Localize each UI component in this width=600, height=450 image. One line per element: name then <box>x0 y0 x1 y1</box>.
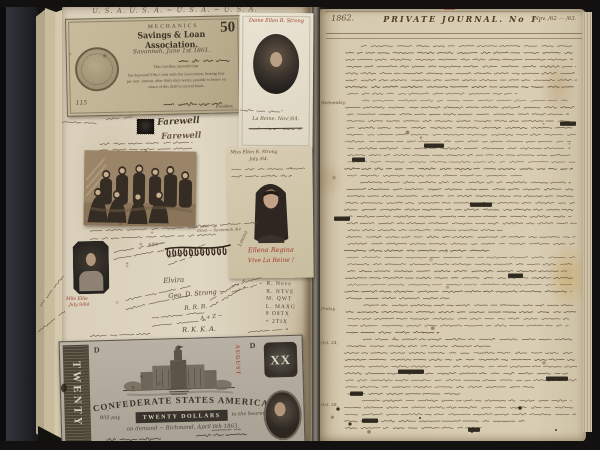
journal-title: PRIVATE JOURNAL. No 1. <box>378 14 548 24</box>
portrait-face <box>86 253 96 266</box>
certificate-dateline: Savannah, June 1st 1861. <box>113 46 231 55</box>
book-cover-left <box>0 0 38 450</box>
note-promise-right: to the bearer <box>232 411 265 418</box>
note-vertical-twenty: TWENTY <box>70 360 84 427</box>
group-photograph <box>83 150 196 227</box>
tintype-portrait-card: Dame Ellen R. Strong La Reine. Nov’/64. <box>239 13 314 150</box>
certificate-president: President. <box>216 103 234 108</box>
mechanics-scrip: MECHANICS Savings & Loan Association. 50… <box>65 15 243 117</box>
cipher-line: M. QWT <box>266 296 296 304</box>
farewell-inscription: Farewell <box>161 131 201 142</box>
portrait-dress <box>79 271 103 291</box>
confederate-twenty-dollar-note: TWENTY D D AUGUST XX CONFEDERATE ST <box>59 335 306 450</box>
cipher-line: 8 O8TX <box>266 311 296 319</box>
carte-red-caption: Ellena Regina <box>228 246 313 255</box>
journal-page-number: 383 <box>444 1 455 10</box>
note-portrait-face <box>274 402 285 416</box>
scrapbook-photo: U. S. A. U. S. A. ~ U. S. A. ~ U. S. A. … <box>0 0 600 450</box>
carte-de-visite: Miss Ellen R. Strong July /64. Ellena Re… <box>227 147 313 279</box>
note-left-panel: TWENTY <box>63 345 92 444</box>
certificate-denomination: 50 <box>220 19 235 36</box>
note-letter-d: D <box>250 341 256 350</box>
capitol-vignette <box>118 341 239 398</box>
small-tintype-portrait <box>73 241 110 295</box>
card-caption-red: Dame Ellen R. Strong <box>239 18 313 25</box>
note-promise-left: Will pay <box>100 415 121 422</box>
card-caption-bottom: La Reine. Nov’/64. <box>239 116 313 123</box>
note-red-overprint: AUGUST <box>234 344 241 375</box>
cipher-line: + 2TIX <box>265 318 295 326</box>
carte-caption: July /64. <box>249 156 328 162</box>
note-xx-counter: XX <box>264 342 298 378</box>
torn-page-edge <box>44 8 57 442</box>
certificate-body-line: return of this draft in current funds. <box>117 82 235 89</box>
note-amount-box: TWENTY DOLLARS <box>136 410 228 424</box>
group-photo-image <box>83 150 196 227</box>
note-letter-d: D <box>94 345 100 354</box>
certificate-body-line: This Certifies, herewith that <box>117 62 235 69</box>
tintype-caption: July 9/64 <box>69 303 89 308</box>
certificate-number: 115 <box>76 99 88 106</box>
tintype-caption: Mlle Ellie <box>66 297 88 302</box>
cipher-line: R. Nove <box>266 281 296 289</box>
carte-red-caption: Vive La Reine ! <box>228 257 313 265</box>
book-cover-edge <box>592 0 600 450</box>
struck-caption <box>239 13 314 150</box>
note-place-date: on demand ~ Richmond, April 6th 1863. <box>102 423 264 434</box>
cipher-column: R. NoveR. NTVEM. QWTL. MAXG8 O8TX+ 2TIX <box>265 281 296 327</box>
portrait-face <box>270 52 282 67</box>
journal-date-range: Nov. /62 — /63. <box>534 16 577 22</box>
carte-caption: Miss Ellen R. Strong <box>230 150 309 156</box>
torn-page-edge <box>36 8 47 442</box>
journal-year: 1862. <box>331 13 354 23</box>
note-portrait-oval <box>263 390 302 441</box>
right-page <box>320 9 586 442</box>
oval-tintype <box>253 34 299 94</box>
